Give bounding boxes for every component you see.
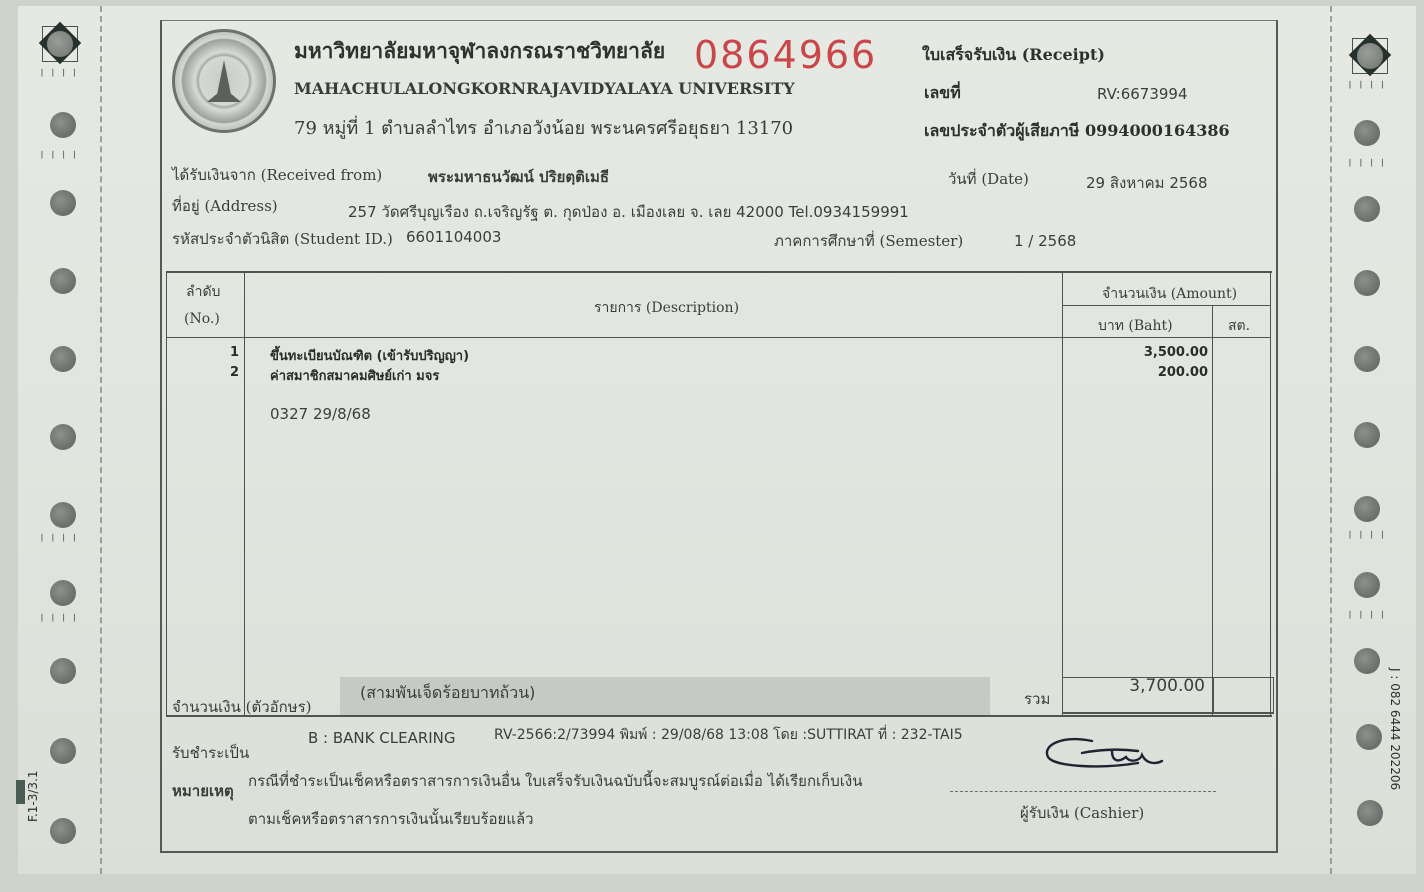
right-printer-code: J : 082 6444 202206 [1388,668,1402,790]
tractor-hole [50,658,76,684]
right-tick-marks: ╵╵╵╵ [1346,82,1389,97]
total-value: 3,700.00 [1125,676,1205,696]
col-amount: จำนวนเงิน (Amount) [1102,283,1237,305]
remark-label: หมายเหตุ [172,779,234,803]
cashier-label: ผู้รับเงิน (Cashier) [1020,801,1144,825]
col-no-en: (No.) [184,311,220,327]
address-label: ที่อยู่ (Address) [172,194,278,218]
tractor-hole [1354,572,1380,598]
tractor-hole [50,738,76,764]
university-name-th: มหาวิทยาลัยมหาจุฬาลงกรณราชวิทยาลัย [294,35,665,68]
amount-words-value: (สามพันเจ็ดร้อยบาทถ้วน) [360,681,535,706]
items-table: ลำดับ (No.) รายการ (Description) จำนวนเง… [166,271,1272,717]
tractor-hole [50,190,76,216]
receipt-title: ใบเสร็จรับเงิน (Receipt) [922,43,1105,68]
remark-line1: กรณีที่ชำระเป็นเช็คหรือตราสารการเงินอื่น… [248,769,862,793]
print-info: RV-2566:2/73994 พิมพ์ : 29/08/68 13:08 โ… [494,724,963,746]
tractor-hole [1354,422,1380,448]
address-value: 257 วัดศรีบุญเรือง ถ.เจริญรัฐ ต. กุดป่อง… [348,200,909,224]
university-seal-logo [172,29,276,133]
col-satang: สต. [1228,315,1250,337]
student-id-label: รหัสประจำตัวนิสิต (Student ID.) [172,227,393,251]
date-label: วันที่ (Date) [948,167,1029,191]
tractor-hole [1354,346,1380,372]
student-id-value: 6601104003 [406,228,501,246]
stupa-icon [207,60,241,102]
receipt-form: มหาวิทยาลัยมหาจุฬาลงกรณราชวิทยาลัย MAHAC… [160,20,1278,853]
received-from-label: ได้รับเงินจาก (Received from) [172,163,382,187]
col-no-th: ลำดับ [186,281,220,303]
left-tick-marks: ╵╵╵╵ [38,70,81,85]
semester-label: ภาคการศึกษาที่ (Semester) [774,229,963,253]
col-description: รายการ (Description) [594,297,739,319]
right-tick-marks: ╵╵╵╵ [1346,532,1389,547]
tractor-hole [1354,120,1380,146]
tractor-hole [1354,196,1380,222]
left-tick-marks: ╵╵╵╵ [38,535,81,550]
item-note: 0327 29/8/68 [270,405,371,423]
tractor-hole [50,112,76,138]
tractor-hole [50,818,76,844]
paid-by-label: รับชำระเป็น [172,741,249,765]
row-amount: 200.00 [1068,365,1208,380]
tractor-hole [1354,496,1380,522]
row-no: 2 [230,365,239,380]
tractor-hole [1356,724,1382,750]
university-name-en: MAHACHULALONGKORNRAJAVIDYALAYA UNIVERSIT… [294,79,795,98]
tractor-hole [1354,270,1380,296]
total-box: 3,700.00 [1062,677,1274,714]
remark-line2: ตามเช็คหรือตราสารการเงินนั้นเรียบร้อยแล้… [248,807,534,831]
tax-id: เลขประจำตัวผู้เสียภาษี 0994000164386 [924,119,1230,144]
tractor-hole [50,580,76,606]
col-baht: บาท (Baht) [1098,315,1173,337]
tractor-hole [50,424,76,450]
left-form-code: F.1-3/3.1 [26,770,40,822]
row-description: ค่าสมาชิกสมาคมศิษย์เก่า มจร [270,365,439,386]
tractor-hole [50,346,76,372]
tractor-hole [50,268,76,294]
serial-number: 0864966 [694,33,877,77]
row-amount: 3,500.00 [1068,345,1208,360]
payment-method: B : BANK CLEARING [308,729,456,747]
tractor-hole [1357,800,1383,826]
left-register-hole [47,31,73,57]
tractor-hole [50,502,76,528]
semester-value: 1 / 2568 [1014,232,1076,250]
receipt-number-label: เลขที่ [924,81,961,106]
tractor-hole [1354,648,1380,674]
cashier-signature [1042,731,1172,781]
date-value: 29 สิงหาคม 2568 [1086,171,1208,195]
tax-id-label: เลขประจำตัวผู้เสียภาษี [924,121,1079,140]
signature-line [950,791,1216,792]
row-no: 1 [230,345,239,360]
university-address: 79 หมู่ที่ 1 ตำบลลำไทร อำเภอวังน้อย พระน… [294,113,793,142]
left-perforation-line [100,6,102,874]
total-label: รวม [1024,687,1050,711]
row-description: ขึ้นทะเบียนบัณฑิต (เข้ารับปริญญา) [270,345,469,366]
right-register-hole [1357,43,1383,69]
right-tick-marks: ╵╵╵╵ [1346,160,1389,175]
receipt-number-value: RV:6673994 [1097,85,1188,103]
received-from-value: พระมหาธนวัฒน์ ปริยตฺติเมธี [428,165,609,189]
left-color-tab [16,780,25,804]
left-tick-marks: ╵╵╵╵ [38,152,81,167]
right-perforation-line [1330,6,1332,874]
right-tick-marks: ╵╵╵╵ [1346,612,1389,627]
tax-id-value: 0994000164386 [1085,121,1230,140]
left-tick-marks: ╵╵╵╵ [38,615,81,630]
amount-words-label: จำนวนเงิน (ตัวอักษร) [172,695,312,719]
